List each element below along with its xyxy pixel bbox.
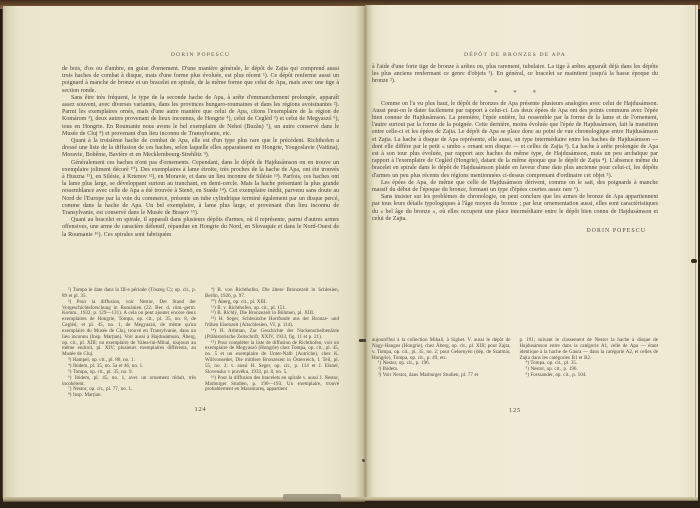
paragraph: Généralement ces haches n'ont pas d'orne… (62, 160, 339, 218)
footnote-continuation: p. 191; suivant le classement de Nestor … (520, 338, 659, 361)
footnote-column-2: ⁹) B. von Richthofen, Die ältere Bronzez… (205, 288, 339, 399)
paragraph: Comme on l'a vu plus haut, le dépôt de b… (372, 101, 658, 180)
book-scan: DORIN POPESCU de bois, d'os ou d'ambre, … (0, 0, 700, 508)
footnote-column-1: aujourd'hui à la collection Mihali, à Si… (372, 338, 511, 379)
footnote-column-1: ¹) Tompa le date dans la III-e période (… (62, 288, 196, 399)
running-head-left: DORIN POPESCU (62, 52, 339, 58)
paragraph: Les épées de Apa, de même que celle de H… (372, 180, 658, 194)
footnote: ¹⁶) Pour la diffusion des bracelets en s… (205, 376, 339, 394)
footnote: ⁸) Insp. Marțian. (62, 393, 196, 399)
section-break-asterism: * * * (372, 89, 658, 97)
footnote-column-2: p. 191; suivant le classement de Nestor … (520, 338, 659, 379)
running-head-right: DÉPÔT DE BRONZES DE APA (372, 52, 658, 58)
ink-speck (362, 459, 365, 462)
paragraph: de bois, d'os ou d'ambre, en guise d'orn… (62, 66, 339, 95)
footnote: ³) Voir Nestor, dans Marburger Studien, … (372, 373, 511, 379)
footnote: ¹⁴) H. Arbman, Zur Geschichte der Nacken… (205, 329, 339, 341)
paragraph: à l'aide d'une forte tige de bronze à ar… (372, 64, 658, 86)
paragraph: Quant à la troisième hache de combat de … (62, 138, 339, 160)
right-page-fore-edge (695, 5, 696, 498)
footnote-continuation: aujourd'hui à la collection Mihali, à Si… (372, 338, 511, 361)
right-page-body: à l'aide d'une forte tige de bronze à ar… (372, 64, 658, 234)
left-page-footnotes: ¹) Tompa le date dans la III-e période (… (62, 288, 339, 399)
page-number-right: 125 (372, 407, 658, 414)
left-page-body: de bois, d'os ou d'ambre, en guise d'orn… (62, 66, 339, 239)
ink-speck (691, 259, 697, 263)
page-number-left: 124 (62, 406, 339, 413)
footnote: ¹) Tompa le date dans la III-e période (… (62, 288, 196, 300)
paragraph: Sans être très fréquent, le type de la s… (62, 95, 339, 138)
right-page-stack-edge (365, 497, 698, 501)
footnote: ⁶) Forssander, op. cit., p. 104. (520, 373, 659, 379)
footnote: ⁹) B. von Richthofen, Die ältere Bronzez… (205, 288, 339, 300)
author-signature: DORIN POPESCU (372, 228, 646, 234)
paragraph: Quant au bracelet en spirale, il apparaî… (62, 217, 339, 239)
worn-edge-patch (283, 494, 341, 501)
ink-speck (359, 339, 366, 342)
paragraph: Sans insister sur les problèmes de chron… (372, 194, 658, 223)
footnote: ¹⁵) Pour compléter la liste de diffusion… (205, 341, 339, 376)
footnote: ²) Pour la diffusion, voir Nestor, Der S… (62, 300, 196, 358)
right-page-footnotes: aujourd'hui à la collection Mihali, à Si… (372, 338, 658, 379)
left-page-fore-edge (2, 6, 3, 498)
